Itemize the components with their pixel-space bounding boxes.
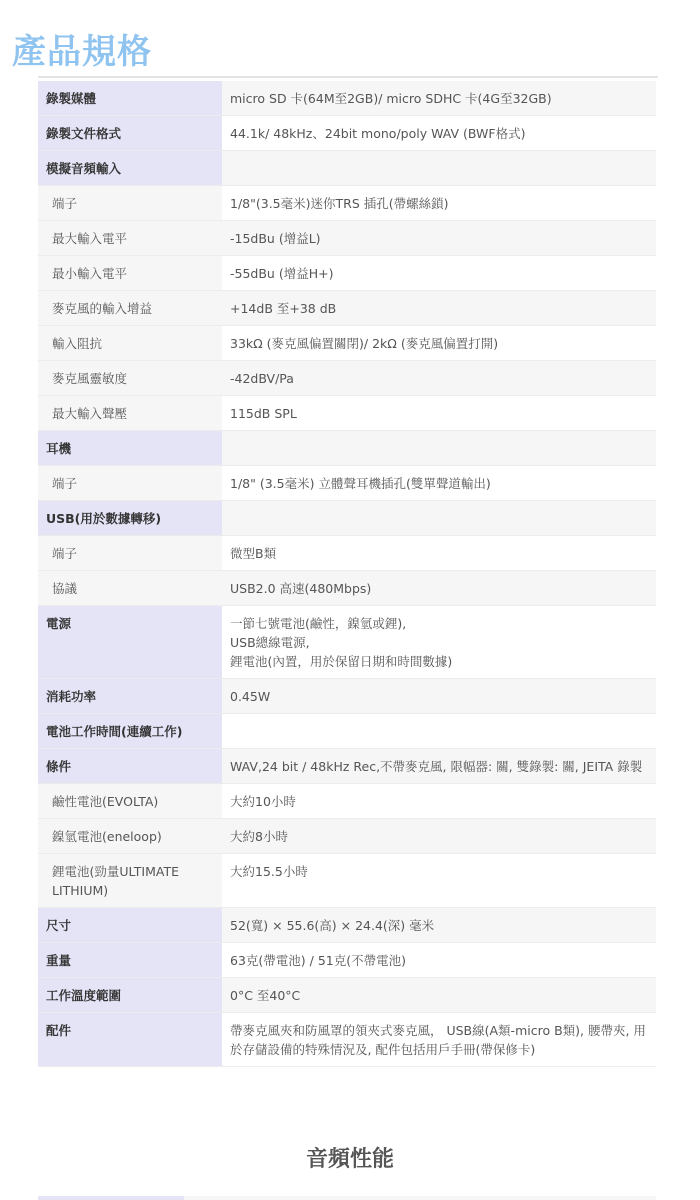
row-value: 63克(帶電池) / 51克(不帶電池) <box>222 943 656 978</box>
table-row: 麥克風靈敏度 -42dBV/Pa <box>38 361 656 396</box>
row-value: 帶麥克風夾和防風罩的領夾式麥克風， USB線(A類-micro B類), 腰帶夾… <box>222 1013 656 1067</box>
row-label: 模擬音頻輸入 <box>38 151 222 186</box>
table-row: 錄製文件格式 44.1k/ 48kHz、24bit mono/poly WAV … <box>38 116 656 151</box>
row-label: 輸入阻抗 <box>38 326 222 361</box>
row-label: 最小輸入電平 <box>38 256 222 291</box>
row-value <box>222 431 656 466</box>
row-label: 最大輸入電平 <box>38 221 222 256</box>
table-row: 端子 1/8"(3.5毫米)迷你TRS 插孔(帶螺絲鎖) <box>38 186 656 221</box>
table-row: 鹼性電池(EVOLTA) 大約10小時 <box>38 784 656 819</box>
table-row: 工作溫度範圍 0°C 至40°C <box>38 978 656 1013</box>
title-divider <box>38 76 658 78</box>
spec-table: 錄製媒體 micro SD 卡(64M至2GB)/ micro SDHC 卡(4… <box>38 81 656 1067</box>
row-label: 協議 <box>38 571 222 606</box>
row-value: -42dBV/Pa <box>222 361 656 396</box>
row-value: 52(寬) × 55.6(高) × 24.4(深) 毫米 <box>222 908 656 943</box>
table-row: 協議 USB2.0 高速(480Mbps) <box>38 571 656 606</box>
table-row: 重量 63克(帶電池) / 51克(不帶電池) <box>38 943 656 978</box>
row-value: -55dBu (增益H+) <box>222 256 656 291</box>
row-label: 電池工作時間(連續工作) <box>38 714 222 749</box>
table-row: 模擬音頻輸入 <box>38 151 656 186</box>
row-label: 最大輸入聲壓 <box>38 396 222 431</box>
row-value <box>222 151 656 186</box>
table-row: 配件 帶麥克風夾和防風罩的領夾式麥克風， USB線(A類-micro B類), … <box>38 1013 656 1067</box>
table-row: 耳機 <box>38 431 656 466</box>
table-row: 電源 一節七號電池(鹼性，鎳氫或鋰), USB總線電源, 鋰電池(內置，用於保留… <box>38 606 656 679</box>
row-label: 工作溫度範圍 <box>38 978 222 1013</box>
row-value: 大約8小時 <box>222 819 656 854</box>
row-label: 麥克風的輸入增益 <box>38 291 222 326</box>
row-label: 錄製文件格式 <box>38 116 222 151</box>
row-label: 重量 <box>38 943 222 978</box>
row-value: USB2.0 高速(480Mbps) <box>222 571 656 606</box>
row-value: 33kΩ (麥克風偏置關閉)/ 2kΩ (麥克風偏置打開) <box>222 326 656 361</box>
table-row: 錄製媒體 micro SD 卡(64M至2GB)/ micro SDHC 卡(4… <box>38 81 656 116</box>
row-value: 0.45W <box>222 679 656 714</box>
table-row: 條件 WAV,24 bit / 48kHz Rec,不帶麥克風, 限幅器: 關,… <box>38 749 656 784</box>
row-label: 鎳氫電池(eneloop) <box>38 819 222 854</box>
row-value: 0°C 至40°C <box>222 978 656 1013</box>
row-value: 1/8" (3.5毫米) 立體聲耳機插孔(雙單聲道輸出) <box>222 466 656 501</box>
row-label: 鋰電池(勁量ULTIMATE LITHIUM) <box>38 854 222 908</box>
row-value: 大約15.5小時 <box>222 854 656 908</box>
row-label: 條件 <box>38 749 222 784</box>
page-title: 產品規格 <box>12 24 152 73</box>
table-row: 端子 1/8" (3.5毫米) 立體聲耳機插孔(雙單聲道輸出) <box>38 466 656 501</box>
table-row: 鎳氫電池(eneloop) 大約8小時 <box>38 819 656 854</box>
row-value: -15dBu (增益L) <box>222 221 656 256</box>
table-row: 最大輸入電平 -15dBu (增益L) <box>38 221 656 256</box>
table-row: USB(用於數據轉移) <box>38 501 656 536</box>
table-row: 電池工作時間(連續工作) <box>38 714 656 749</box>
row-value: WAV,24 bit / 48kHz Rec,不帶麥克風, 限幅器: 關, 雙錄… <box>222 749 656 784</box>
table-row: 最小輸入電平 -55dBu (增益H+) <box>38 256 656 291</box>
row-label: 電源 <box>38 606 222 679</box>
row-label: 消耗功率 <box>38 679 222 714</box>
row-value: 大約10小時 <box>222 784 656 819</box>
table-row: 最大輸入聲壓 115dB SPL <box>38 396 656 431</box>
row-value <box>222 714 656 749</box>
row-value: micro SD 卡(64M至2GB)/ micro SDHC 卡(4G至32G… <box>222 81 656 116</box>
value-line: 一節七號電池(鹼性，鎳氫或鋰), <box>230 614 648 633</box>
row-value: 一節七號電池(鹼性，鎳氫或鋰), USB總線電源, 鋰電池(內置，用於保留日期和… <box>222 606 656 679</box>
row-label: 端子 <box>38 466 222 501</box>
value-line: USB總線電源, <box>230 633 648 652</box>
row-value: +14dB 至+38 dB <box>222 291 656 326</box>
table-row: 端子 微型B類 <box>38 536 656 571</box>
table-row: 鋰電池(勁量ULTIMATE LITHIUM) 大約15.5小時 <box>38 854 656 908</box>
row-label: 錄製媒體 <box>38 81 222 116</box>
row-value <box>222 501 656 536</box>
row-label: 尺寸 <box>38 908 222 943</box>
table-row: 尺寸 52(寬) × 55.6(高) × 24.4(深) 毫米 <box>38 908 656 943</box>
row-label: 麥克風靈敏度 <box>38 361 222 396</box>
row-label: 端子 <box>38 186 222 221</box>
row-label: 耳機 <box>38 431 222 466</box>
row-value: 微型B類 <box>222 536 656 571</box>
table-row: 消耗功率 0.45W <box>38 679 656 714</box>
row-label: USB(用於數據轉移) <box>38 501 222 536</box>
next-table-top-edge <box>38 1196 656 1200</box>
row-label: 端子 <box>38 536 222 571</box>
next-table-label-cell-edge <box>38 1196 184 1200</box>
row-value: 115dB SPL <box>222 396 656 431</box>
row-label: 配件 <box>38 1013 222 1067</box>
section-title-audio-performance: 音頻性能 <box>0 1142 700 1173</box>
value-line: 鋰電池(內置，用於保留日期和時間數據) <box>230 652 648 671</box>
table-row: 輸入阻抗 33kΩ (麥克風偏置關閉)/ 2kΩ (麥克風偏置打開) <box>38 326 656 361</box>
row-value: 44.1k/ 48kHz、24bit mono/poly WAV (BWF格式) <box>222 116 656 151</box>
row-value: 1/8"(3.5毫米)迷你TRS 插孔(帶螺絲鎖) <box>222 186 656 221</box>
table-row: 麥克風的輸入增益 +14dB 至+38 dB <box>38 291 656 326</box>
row-label: 鹼性電池(EVOLTA) <box>38 784 222 819</box>
